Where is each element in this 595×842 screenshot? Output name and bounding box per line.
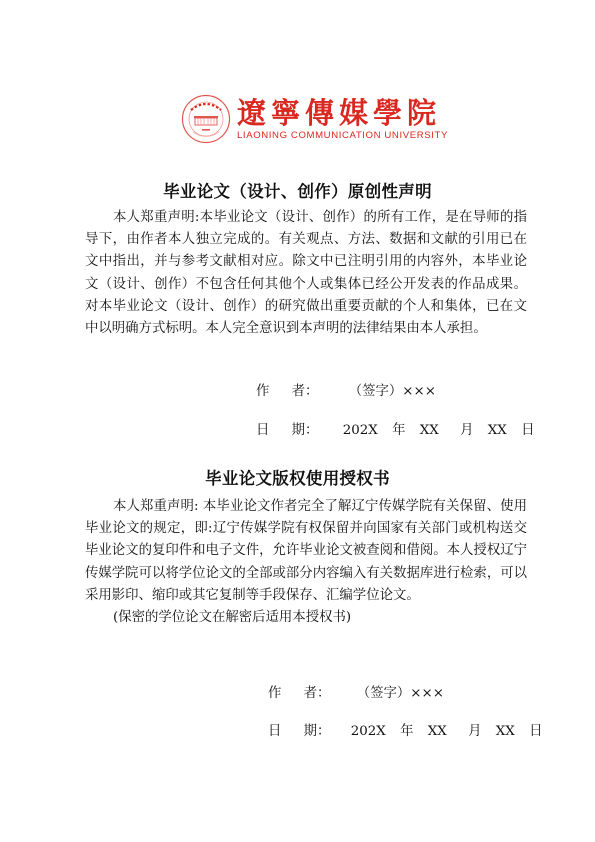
university-logo: 遼寧傳媒學院 LIAONING COMMUNICATION UNIVERSITY bbox=[181, 94, 448, 144]
date-day-unit: 日 bbox=[521, 419, 534, 438]
university-name-en: LIAONING COMMUNICATION UNIVERSITY bbox=[237, 130, 448, 141]
paragraph-line: 对本毕业论文（设计、创作）的研究做出重要贡献的个人和集体，已在文 bbox=[85, 296, 527, 318]
author-signature-field: （签字）××× bbox=[349, 380, 436, 399]
date-year-unit: 年 bbox=[400, 720, 413, 739]
paragraph-line: 毕业论文的复印件和电子文件，允许毕业论文被查阅和借阅。本人授权辽宁 bbox=[85, 540, 527, 562]
date-label-1: 日 bbox=[256, 419, 269, 438]
paragraph-line: 传媒学院可以将学位论文的全部或部分内容编入有关数据库进行检索，可以 bbox=[85, 563, 527, 585]
paragraph-line: 本人郑重声明: 本毕业论文作者完全了解辽宁传媒学院有关保留、使用 bbox=[85, 496, 527, 518]
date-month: XX bbox=[428, 724, 447, 739]
originality-date: 日 期： 202X 年 XX 月 XX 日 bbox=[256, 419, 534, 438]
university-name: 遼寧傳媒學院 LIAONING COMMUNICATION UNIVERSITY bbox=[237, 98, 448, 141]
originality-paragraph: 本人郑重声明:本毕业论文（设计、创作）的所有工作，是在导师的指 导下，由作者本人… bbox=[85, 207, 527, 340]
paragraph-line: 本人郑重声明:本毕业论文（设计、创作）的所有工作，是在导师的指 bbox=[85, 207, 527, 229]
author-label-2: 者： bbox=[292, 380, 319, 399]
date-month-unit: 月 bbox=[460, 419, 473, 438]
paragraph-line: 中以明确方式标明。本人完全意识到本声明的法律结果由本人承担。 bbox=[85, 318, 527, 340]
date-day: XX bbox=[488, 423, 507, 438]
copyright-paragraph: 本人郑重声明: 本毕业论文作者完全了解辽宁传媒学院有关保留、使用 毕业论文的规定… bbox=[85, 496, 527, 629]
date-year-unit: 年 bbox=[392, 419, 405, 438]
author-label-1: 作 bbox=[256, 380, 269, 399]
author-label-2: 者： bbox=[304, 682, 331, 701]
date-month: XX bbox=[420, 423, 439, 438]
date-day: XX bbox=[496, 724, 515, 739]
date-day-unit: 日 bbox=[529, 720, 542, 739]
document-page: 遼寧傳媒學院 LIAONING COMMUNICATION UNIVERSITY… bbox=[0, 0, 595, 842]
paragraph-line: 文中指出，并与参考文献相对应。除文中已注明引用的内容外，本毕业论 bbox=[85, 251, 527, 273]
date-year: 202X bbox=[343, 423, 378, 438]
paragraph-line: 采用影印、缩印或其它复制等手段保存、汇编学位论文。 bbox=[85, 585, 527, 607]
originality-title: 毕业论文（设计、创作）原创性声明 bbox=[0, 178, 595, 202]
author-label-1: 作 bbox=[268, 682, 281, 701]
date-year: 202X bbox=[351, 724, 386, 739]
author-signature-field: （签字）××× bbox=[357, 682, 444, 701]
copyright-date: 日 期： 202X 年 XX 月 XX 日 bbox=[268, 720, 542, 739]
university-seal-icon bbox=[181, 94, 231, 144]
copyright-title: 毕业论文版权使用授权书 bbox=[0, 465, 595, 489]
paragraph-line: 毕业论文的规定，即:辽宁传媒学院有权保留并向国家有关部门或机构送交 bbox=[85, 518, 527, 540]
paragraph-line: 导下，由作者本人独立完成的。有关观点、方法、数据和文献的引用已在 bbox=[85, 229, 527, 251]
date-label-2: 期： bbox=[292, 419, 319, 438]
copyright-author-signature: 作 者： （签字）××× bbox=[268, 682, 444, 701]
originality-author-signature: 作 者： （签字）××× bbox=[256, 380, 436, 399]
date-label-2: 期： bbox=[304, 720, 331, 739]
paragraph-line: 文（设计、创作）不包含任何其他个人或集体已经公开发表的作品成果。 bbox=[85, 274, 527, 296]
date-label-1: 日 bbox=[268, 720, 281, 739]
paragraph-note: (保密的学位论文在解密后适用本授权书) bbox=[85, 607, 527, 629]
university-name-cn: 遼寧傳媒學院 bbox=[237, 98, 448, 129]
date-month-unit: 月 bbox=[468, 720, 481, 739]
